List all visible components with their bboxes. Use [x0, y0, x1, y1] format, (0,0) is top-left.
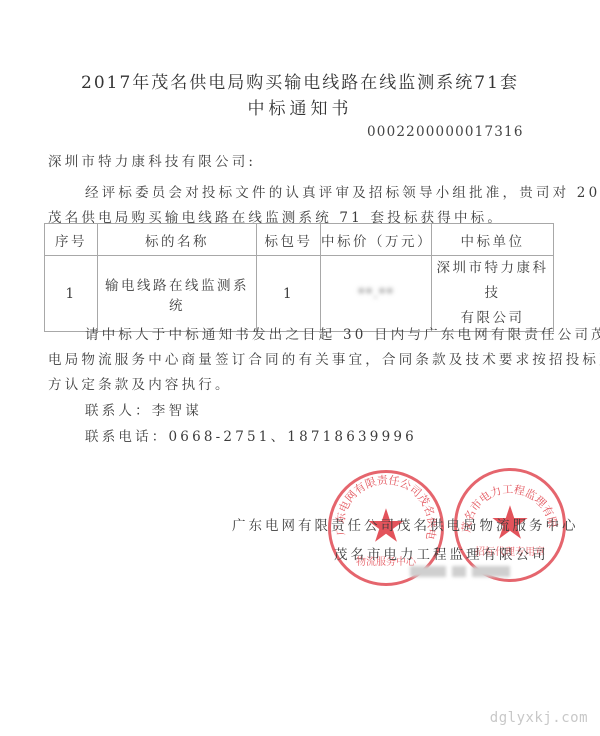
issuer-1: 广东电网有限责任公司茂名供电局物流服务中心 — [232, 514, 579, 534]
redacted-price: **.** — [358, 286, 394, 302]
award-table: 序号 标的名称 标包号 中标价（万元） 中标单位 1 输电线路在线监测系统 1 … — [44, 223, 554, 332]
redacted-date-part — [472, 566, 510, 577]
issuer-2: 茂名市电力工程监理有限公司 — [334, 543, 549, 563]
paragraph-2-line-2: 电局物流服务中心商量签订合同的有关事宜，合同条款及技术要求按招投标双 — [48, 348, 600, 368]
paragraph-2-line-3: 方认定条款及内容执行。 — [48, 373, 232, 393]
paragraph-2-line-1: 请中标人于中标通知书发出之日起 30 日内与广东电网有限责任公司茂名供 — [85, 323, 600, 343]
watermark: dglyxkj.com — [490, 710, 588, 726]
document-number: 0002200000017316 — [367, 124, 524, 140]
winner-line-1: 深圳市特力康科技 — [432, 256, 553, 306]
redacted-date-part — [452, 566, 466, 577]
salutation: 深圳市特力康科技有限公司: — [48, 150, 256, 170]
header-item: 标的名称 — [98, 224, 257, 256]
cell-item: 输电线路在线监测系统 — [98, 256, 257, 332]
contact-person: 联系人：李智谋 — [85, 399, 202, 419]
header-seq: 序号 — [45, 224, 98, 256]
cell-package: 1 — [257, 256, 321, 332]
table-row: 1 输电线路在线监测系统 1 **.** 深圳市特力康科技 有限公司 — [45, 256, 554, 332]
header-package: 标包号 — [257, 224, 321, 256]
header-winner: 中标单位 — [432, 224, 554, 256]
contact-phone: 联系电话：0668-2751、18718639996 — [85, 425, 417, 445]
cell-winner: 深圳市特力康科技 有限公司 — [432, 256, 554, 332]
header-price: 中标价（万元） — [321, 224, 432, 256]
table-header-row: 序号 标的名称 标包号 中标价（万元） 中标单位 — [45, 224, 554, 256]
redacted-date-part — [410, 566, 446, 577]
cell-seq: 1 — [45, 256, 98, 332]
document-subtitle: 中标通知书 — [0, 94, 600, 119]
paragraph-1-line-1: 经评标委员会对投标文件的认真评审及招标领导小组批准，贵司对 2017 年 — [85, 181, 600, 201]
cell-price: **.** — [321, 256, 432, 332]
document-title: 2017年茂名供电局购买输电线路在线监测系统71套 — [0, 68, 600, 93]
